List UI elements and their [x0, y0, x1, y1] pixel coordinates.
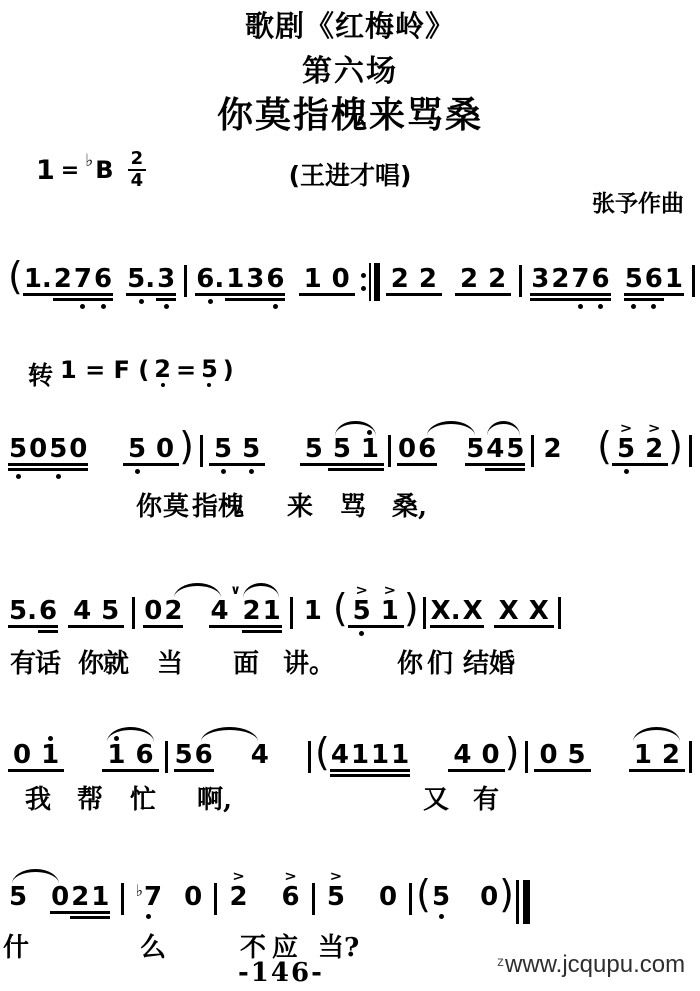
note-number: 2 — [70, 883, 90, 919]
lyric-syllable: 来 — [287, 486, 313, 523]
lyrics-row-2: 有话你就当面讲。你们结婚 — [0, 643, 700, 677]
note-number — [214, 741, 250, 769]
accent-mark: > — [330, 868, 343, 882]
note: 3 — [156, 249, 176, 316]
note-group: 564 — [174, 725, 270, 787]
music-line-2: 505050)55551065452(>5>2) — [8, 419, 692, 486]
lyric-syllable: 讲。 — [283, 643, 335, 680]
note-number — [249, 883, 281, 911]
note-number: 5. — [126, 265, 156, 296]
lyric-syllable: 槐 — [218, 486, 244, 523]
note-group: X.X — [430, 581, 484, 643]
note-group: 1.276 — [23, 249, 113, 316]
note: 4 — [448, 725, 476, 787]
lyric-syllable: 你 — [78, 643, 104, 680]
note-lower — [359, 628, 364, 643]
note: >1 — [376, 581, 404, 643]
note-number: 0 — [151, 435, 179, 466]
octave-dot — [101, 304, 106, 309]
octave-dot — [631, 304, 636, 309]
watermark: zwww.jcqupu.com — [497, 951, 685, 979]
note: 0 — [28, 419, 48, 486]
note-number: 1 — [303, 597, 323, 625]
accent-mark: > — [383, 582, 396, 596]
note-number: 6 — [281, 883, 301, 911]
note: 1 — [36, 725, 64, 787]
note-number: 0 — [534, 741, 562, 772]
note-number: 5 — [209, 435, 237, 466]
note-group: 50 — [123, 419, 179, 481]
note-number: 1 — [299, 265, 327, 296]
note-number: 1 — [102, 741, 130, 772]
note-group: 3276 — [530, 249, 610, 316]
note-number: 6 — [194, 741, 214, 772]
note: 2 — [455, 249, 483, 311]
note: 2 — [53, 249, 73, 316]
note-number: 1 — [370, 741, 390, 777]
note-number: 2 — [483, 265, 511, 296]
note-group: >5>2 — [612, 419, 668, 481]
note-group: >2>6 — [228, 867, 300, 926]
octave-dot — [146, 914, 151, 919]
note-number: 0 — [50, 883, 70, 914]
barline — [423, 597, 426, 629]
barline — [308, 741, 311, 773]
note-number — [437, 435, 465, 463]
note-number: 6 — [591, 265, 611, 301]
note-number: 5. — [8, 597, 38, 628]
flat-icon: ♭ — [135, 877, 143, 904]
octave-dot — [598, 304, 603, 309]
parenthesis: ( — [8, 257, 23, 295]
sheet-music-page: 歌剧《红梅岭》 第六场 你莫指槐来骂桑 1 = ♭ B 2 4 (王进才唱) 张… — [0, 0, 700, 991]
note: 0 — [477, 725, 505, 787]
note-number — [451, 883, 479, 911]
note: 0 — [183, 867, 203, 926]
note: X. — [430, 581, 462, 643]
octave-dot — [273, 304, 278, 309]
lyric-syllable: 莫 — [163, 486, 189, 523]
note: 0 — [479, 867, 499, 926]
lyric-syllable: 有 — [10, 643, 36, 680]
parenthesis: ( — [315, 733, 330, 771]
note: 0 — [327, 249, 355, 311]
page-number: -146- — [238, 958, 324, 988]
note-number: 2 — [455, 265, 483, 296]
octave-dot — [624, 469, 629, 474]
accent-mark: > — [232, 868, 245, 882]
note: 0 — [397, 419, 417, 481]
lyric-syllable: 又 — [423, 779, 449, 816]
note-number: 1 — [664, 265, 684, 296]
barline — [214, 883, 217, 915]
octave-dot — [221, 469, 226, 474]
note-number: 5 — [123, 435, 151, 466]
composer-credit: 张予作曲 — [592, 185, 684, 218]
note-number: 6 — [265, 265, 285, 301]
note-lower — [80, 301, 85, 316]
note-number: 6. — [195, 265, 225, 296]
note-number: 7 — [570, 265, 590, 301]
note: 0 — [68, 419, 88, 486]
note: 1 — [225, 249, 245, 316]
note-number: 6 — [644, 265, 664, 301]
note-number: 3 — [245, 265, 265, 301]
note: 5 — [174, 725, 194, 787]
opera-title: 歌剧《红梅岭》 — [0, 4, 700, 45]
note-group: 5.6 — [8, 581, 58, 648]
note: 5 — [300, 419, 328, 481]
parenthesis: ) — [179, 427, 194, 465]
note-number: 4 — [448, 741, 476, 772]
note-group: 40 — [448, 725, 504, 787]
note: 6 — [38, 581, 58, 648]
barline — [689, 741, 692, 773]
octave-dot — [249, 469, 254, 474]
octave-dot — [207, 383, 211, 387]
note: 5 — [563, 725, 591, 787]
note-group: XX — [494, 581, 554, 643]
note-number: 5 — [612, 435, 640, 466]
note-group: 5.3 — [126, 249, 176, 316]
song-title: 你莫指槐来骂桑 — [0, 87, 700, 138]
note-number: 4 — [330, 741, 350, 777]
note-number — [183, 597, 209, 625]
note-number: 0 — [479, 883, 499, 911]
note: 5. — [126, 249, 156, 311]
note-number: X. — [430, 597, 462, 628]
parenthesis: ) — [668, 427, 683, 465]
note: 6 — [591, 249, 611, 316]
note-number: 5 — [328, 435, 356, 471]
lyric-syllable: 指 — [192, 486, 218, 523]
barline — [558, 597, 561, 629]
note-lower — [439, 911, 444, 926]
note-number: 3 — [156, 265, 176, 301]
octave-dot — [361, 286, 366, 291]
note-number: 2 — [640, 435, 668, 466]
note-number: 2 — [542, 435, 562, 463]
note-group: 2 — [542, 419, 562, 478]
note-group: 01 — [8, 725, 64, 787]
note-group: 024∨21 — [143, 581, 281, 648]
watermark-url: www.jcqupu.com — [505, 951, 685, 978]
note-number: 0 — [143, 597, 163, 628]
note: 2 — [550, 249, 570, 316]
note-group: 45 — [68, 581, 124, 643]
note-group: 561 — [624, 249, 684, 316]
note: 5 — [431, 867, 451, 926]
octave-dot — [16, 474, 21, 479]
note-number: 6 — [38, 597, 58, 633]
note-number: 2 — [657, 741, 685, 772]
note-number: 1 — [356, 435, 384, 471]
note-number: 0 — [8, 741, 36, 772]
note-number: 5 — [326, 883, 346, 911]
thick-bar — [374, 263, 380, 301]
barline — [525, 741, 528, 773]
note-number: 4 — [209, 597, 229, 628]
modulation-note: 5 — [201, 356, 218, 387]
lyric-syllable: 骂 — [340, 486, 366, 523]
note-number: 1 — [376, 597, 404, 628]
octave-dot — [578, 304, 583, 309]
note-number: 2 — [550, 265, 570, 301]
lyrics-row-1: 你莫指槐来骂桑, — [0, 486, 700, 520]
barline — [388, 435, 391, 467]
parenthesis: ( — [416, 875, 431, 913]
note-number: ♭7 — [134, 883, 163, 911]
note-number: X — [524, 597, 554, 628]
note-group: 22 — [386, 249, 442, 311]
note: 6 — [93, 249, 113, 316]
lyric-syllable: 忙 — [130, 779, 156, 816]
note-lower — [578, 301, 583, 316]
note-number: 4 — [68, 597, 96, 628]
note — [163, 867, 183, 926]
lyric-syllable: 结 — [463, 643, 489, 680]
parenthesis: ( — [597, 427, 612, 465]
barline — [184, 265, 187, 297]
note-number: 1 — [629, 741, 657, 772]
note: >5 — [348, 581, 376, 643]
octave-dot — [80, 304, 85, 309]
note: 5 — [8, 419, 28, 486]
note-number: 5 — [96, 597, 124, 628]
note-lower — [249, 466, 254, 481]
lyric-syllable: 帮 — [77, 779, 103, 816]
note: 0 — [378, 867, 398, 926]
note: 6. — [195, 249, 225, 311]
note-number: X — [462, 597, 484, 628]
note: ∨ — [230, 581, 242, 643]
note: X — [524, 581, 554, 643]
octave-dot — [651, 304, 656, 309]
note-lower — [273, 301, 278, 316]
note: >6 — [281, 867, 301, 926]
barline — [519, 265, 522, 297]
octave-dot — [208, 299, 213, 304]
lyric-syllable: 有 — [473, 779, 499, 816]
note-number: 0 — [28, 435, 48, 471]
note-lower — [146, 911, 151, 926]
lyric-syllable: 桑, — [392, 486, 427, 523]
note: 1 — [303, 581, 323, 640]
note — [451, 867, 479, 926]
note: 6 — [644, 249, 664, 316]
note-number: 0 — [378, 883, 398, 911]
thin-bar — [516, 880, 519, 924]
note-number: 5 — [174, 741, 194, 772]
note-group: ♭70 — [134, 867, 203, 926]
note-lower — [631, 301, 636, 316]
note: 7 — [570, 249, 590, 316]
note-number: 5 — [431, 883, 451, 911]
note-lower — [598, 301, 603, 316]
note-lower — [139, 296, 144, 311]
note-group: 1 — [303, 581, 323, 640]
note-number — [163, 883, 183, 911]
octave-dot — [139, 299, 144, 304]
note-lower — [135, 466, 140, 481]
note-number: 6 — [93, 265, 113, 301]
note-number: 4 — [250, 741, 270, 769]
note-number: 6 — [130, 741, 158, 772]
note-group: 6.136 — [195, 249, 285, 316]
note-lower — [221, 466, 226, 481]
note-upper — [48, 725, 53, 741]
note-number: 3 — [530, 265, 550, 301]
note-group: 50 — [431, 867, 499, 926]
barline — [290, 597, 293, 629]
note: 5 — [237, 419, 265, 481]
note-number — [346, 883, 378, 911]
parenthesis: ( — [333, 589, 348, 627]
lyric-syllable: 婚 — [489, 643, 515, 680]
note-number: 2 — [386, 265, 414, 296]
repeat-dots — [361, 273, 366, 291]
note: 4 — [68, 581, 96, 643]
note-group: 22 — [455, 249, 511, 311]
note-number: 1 — [390, 741, 410, 777]
note-group: 10 — [299, 249, 355, 311]
thin-bar — [369, 263, 371, 301]
lyric-syllable: 当? — [318, 927, 359, 964]
music-line-3: 5.645024∨211(>5>1)X.XXX — [8, 581, 535, 648]
note-group: 551 — [300, 419, 384, 486]
watermark-logo-icon: z — [497, 953, 504, 969]
modulation-note: 2 — [154, 356, 171, 387]
octave-dot — [161, 383, 165, 387]
barline — [165, 741, 168, 773]
note-number: 5 — [8, 883, 28, 911]
parenthesis: ) — [404, 589, 419, 627]
note-number: 5 — [48, 435, 68, 471]
note-number: 1 — [90, 883, 110, 919]
note-group: >50 — [326, 867, 398, 926]
breath-mark-icon: ∨ — [230, 581, 241, 597]
note-number — [28, 883, 50, 911]
note: 6 — [265, 249, 285, 316]
lyrics-row-3: 我帮忙啊,又有 — [0, 779, 700, 813]
note-number: 0 — [68, 435, 88, 471]
note-group: 5050 — [8, 419, 88, 486]
note-number: 2 — [53, 265, 73, 301]
note-number: 2 — [163, 597, 183, 628]
note-number: 1 — [36, 741, 64, 772]
note-number: 5 — [8, 435, 28, 471]
lyric-syllable: 当 — [157, 643, 183, 680]
note-group: 5021 — [8, 867, 110, 934]
note-number: 1 — [262, 597, 282, 633]
modulation-zhuan: 转 — [28, 356, 53, 392]
note: 1. — [23, 249, 53, 311]
modulation-key: 1 = F ( — [60, 356, 149, 384]
note-number: 0 — [327, 265, 355, 296]
octave-dot — [359, 631, 364, 636]
note-group: 05 — [534, 725, 590, 787]
modulation-line: 转 1 = F ( 2 = 5 ) — [28, 356, 237, 392]
note-lower — [101, 301, 106, 316]
note — [249, 867, 281, 926]
note: X — [494, 581, 524, 643]
note-number: 4 — [485, 435, 505, 471]
octave-dot — [164, 304, 169, 309]
note: 5 — [96, 581, 124, 643]
note — [346, 867, 378, 926]
note-number: 0 — [183, 883, 203, 911]
music-line-1: (1.2765.36.1361022223276561 — [8, 249, 695, 316]
note: 0 — [151, 419, 179, 481]
note-group: 12 — [629, 725, 685, 787]
parenthesis: ) — [499, 875, 514, 913]
note: >5 — [612, 419, 640, 481]
lyric-syllable: 么 — [140, 927, 166, 964]
octave-dot — [361, 273, 366, 278]
note: 2 — [70, 867, 90, 934]
accent-mark: > — [284, 868, 297, 882]
lyric-syllable: 你 — [397, 643, 423, 680]
lyric-syllable: 话 — [35, 643, 61, 680]
note: 1 — [664, 249, 684, 311]
scene-title: 第六场 — [0, 46, 700, 90]
note-lower — [164, 301, 169, 316]
note-number: 5 — [563, 741, 591, 772]
note: 3 — [245, 249, 265, 316]
note-number: 2 — [414, 265, 442, 296]
note: 3 — [530, 249, 550, 316]
lyric-syllable: 面 — [233, 643, 259, 680]
note-lower — [56, 471, 61, 486]
accent-mark: > — [355, 582, 368, 596]
note-number: 0 — [397, 435, 417, 466]
note-number: 1 — [350, 741, 370, 777]
lyric-syllable: 就 — [103, 643, 129, 680]
note: 2 — [542, 419, 562, 478]
note-number: 5 — [348, 597, 376, 628]
repeat-barline — [361, 263, 380, 301]
octave-dot — [439, 914, 444, 919]
note-number: 0 — [477, 741, 505, 772]
accent-mark: > — [648, 420, 661, 434]
music-line-5: 5021♭70>2>6>50(50) — [8, 867, 530, 934]
note-lower — [624, 466, 629, 481]
note-number: 2 — [242, 597, 262, 633]
equals-sign: = — [176, 356, 196, 384]
note-number: 5 — [237, 435, 265, 466]
barline — [312, 883, 315, 915]
note: >2 — [228, 867, 248, 926]
note: 2 — [414, 249, 442, 311]
note: 0 — [143, 581, 163, 643]
note-number: 6 — [417, 435, 437, 466]
lyric-syllable: 什 — [3, 927, 29, 964]
note: >2 — [640, 419, 668, 481]
note: ♭7 — [134, 867, 163, 926]
note-lower — [208, 296, 213, 311]
note: 7 — [73, 249, 93, 316]
barline — [531, 435, 534, 467]
octave-dot — [135, 469, 140, 474]
note-number: 5 — [505, 435, 525, 471]
note-number: 1 — [225, 265, 245, 301]
note: 1 — [299, 249, 327, 311]
note-group: 16 — [102, 725, 158, 787]
note-number: 5 — [300, 435, 328, 466]
note: 2 — [386, 249, 414, 311]
lyric-syllable: 们 — [427, 643, 453, 680]
note: 5 — [123, 419, 151, 481]
